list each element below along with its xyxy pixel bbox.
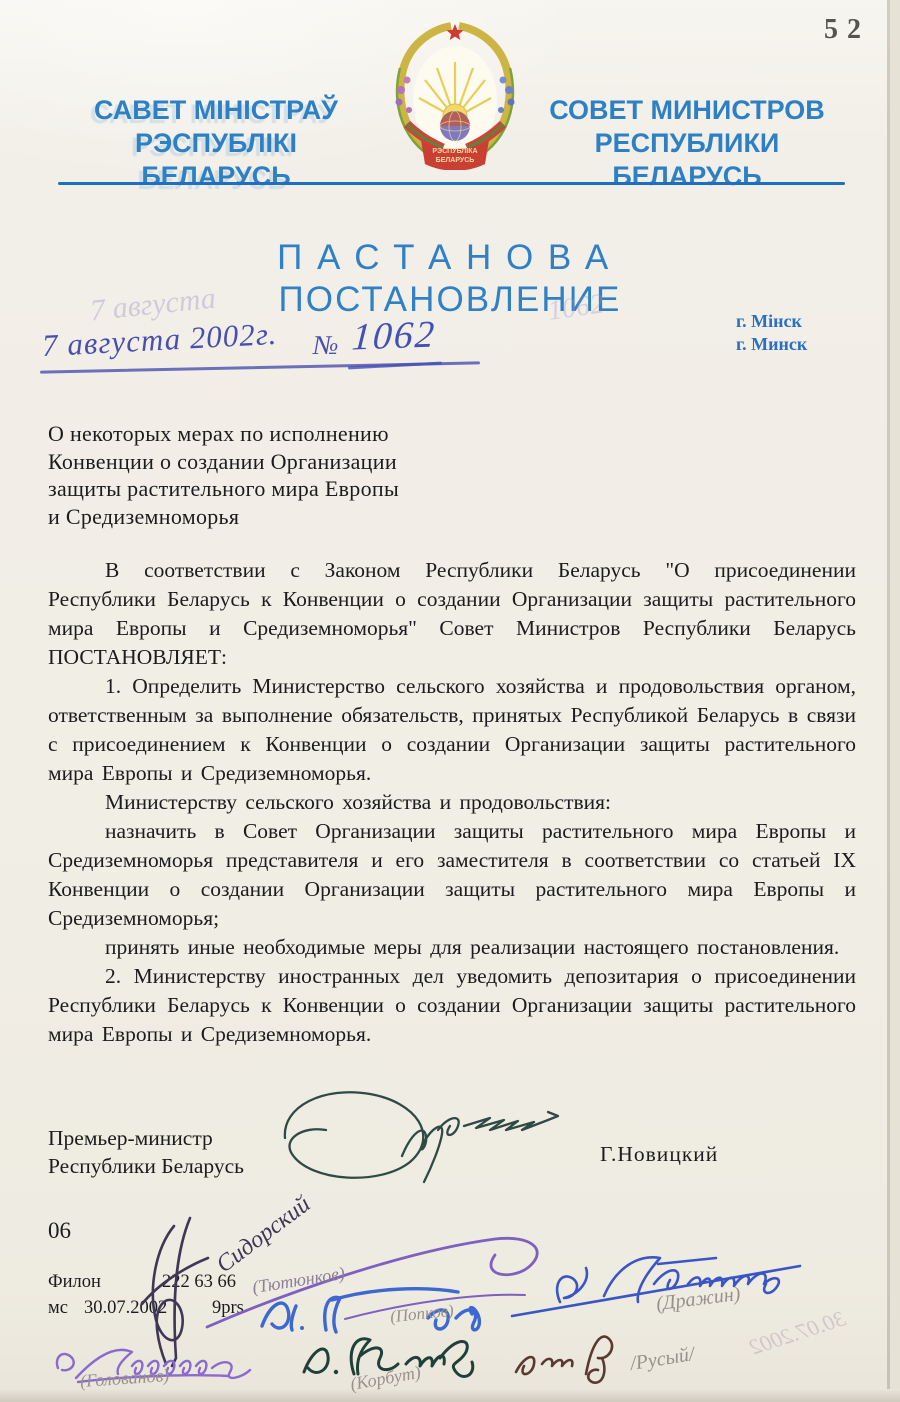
signer-position-line1: Премьер-министр	[48, 1124, 244, 1152]
pencil-name-rusy: /Русый/	[629, 1343, 696, 1376]
signer-position-line2: Республики Беларусь	[48, 1152, 244, 1180]
ghost-number-impression: 1062	[546, 288, 606, 327]
paragraph-appoint: назначить в Совет Организации защиты рас…	[48, 817, 856, 933]
dept-code: 06	[48, 1218, 71, 1244]
issue-city: г. Мінск г. Минск	[736, 310, 807, 356]
decree-body: В соответствии с Законом Республики Бела…	[48, 556, 856, 1049]
scanned-decree-page: 52 САВЕТ МІНІСТРАЎ РЭСПУБЛІКІ БЕЛАРУСЬ С…	[0, 0, 900, 1402]
header-divider-rule	[58, 182, 845, 185]
subject: О некоторых мерах по исполнению Конвенци…	[48, 420, 518, 530]
issue-city-ru: г. Минск	[736, 333, 807, 356]
coat-of-arms-belarus-icon: РЭСПУБЛІКА БЕЛАРУСЬ	[384, 20, 526, 170]
handwritten-date: 7 августа 2002г.	[41, 316, 278, 364]
issue-city-by: г. Мінск	[736, 310, 807, 333]
paragraph-measures: принять иные необходимые меры для реализ…	[48, 933, 856, 962]
doc-type-belarusian: ПАСТАНОВА	[60, 238, 840, 278]
org-name-by-line1: САВЕТ МІНІСТРАЎ	[60, 94, 372, 127]
paragraph-item-2: 2. Министерству иностранных дел уведомит…	[48, 962, 856, 1049]
signature-novitsky-ink	[252, 1078, 582, 1193]
executor-name: Филон	[48, 1272, 101, 1293]
paragraph-item-1: 1. Определить Министерство сельского хоз…	[48, 672, 856, 788]
emblem-banner-line1: РЭСПУБЛІКА	[432, 148, 477, 155]
org-name-ru-line1: СОВЕТ МИНИСТРОВ	[522, 94, 852, 127]
ref-prefix: мс	[48, 1298, 68, 1319]
paragraph-ministry-intro: Министерству сельского хозяйства и продо…	[48, 788, 856, 817]
signer-position: Премьер-министр Республики Беларусь	[48, 1124, 244, 1180]
signer-name: Г.Новицкий	[600, 1142, 718, 1167]
page-number-stamp: 52	[824, 14, 870, 46]
org-name-russian: СОВЕТ МИНИСТРОВ РЕСПУБЛИКИ БЕЛАРУСЬ	[522, 94, 852, 193]
signature-rusy-ink	[502, 1316, 632, 1396]
paragraph-preamble: В соответствии с Законом Республики Бела…	[48, 556, 856, 672]
page-right-margin-shade	[890, 0, 900, 1402]
handwritten-number: 1062	[350, 312, 437, 359]
emblem-banner-line2: БЕЛАРУСЬ	[436, 157, 475, 164]
org-name-belarusian: САВЕТ МІНІСТРАЎ РЭСПУБЛІКІ БЕЛАРУСЬ	[60, 94, 372, 193]
number-sign: №	[313, 330, 338, 361]
